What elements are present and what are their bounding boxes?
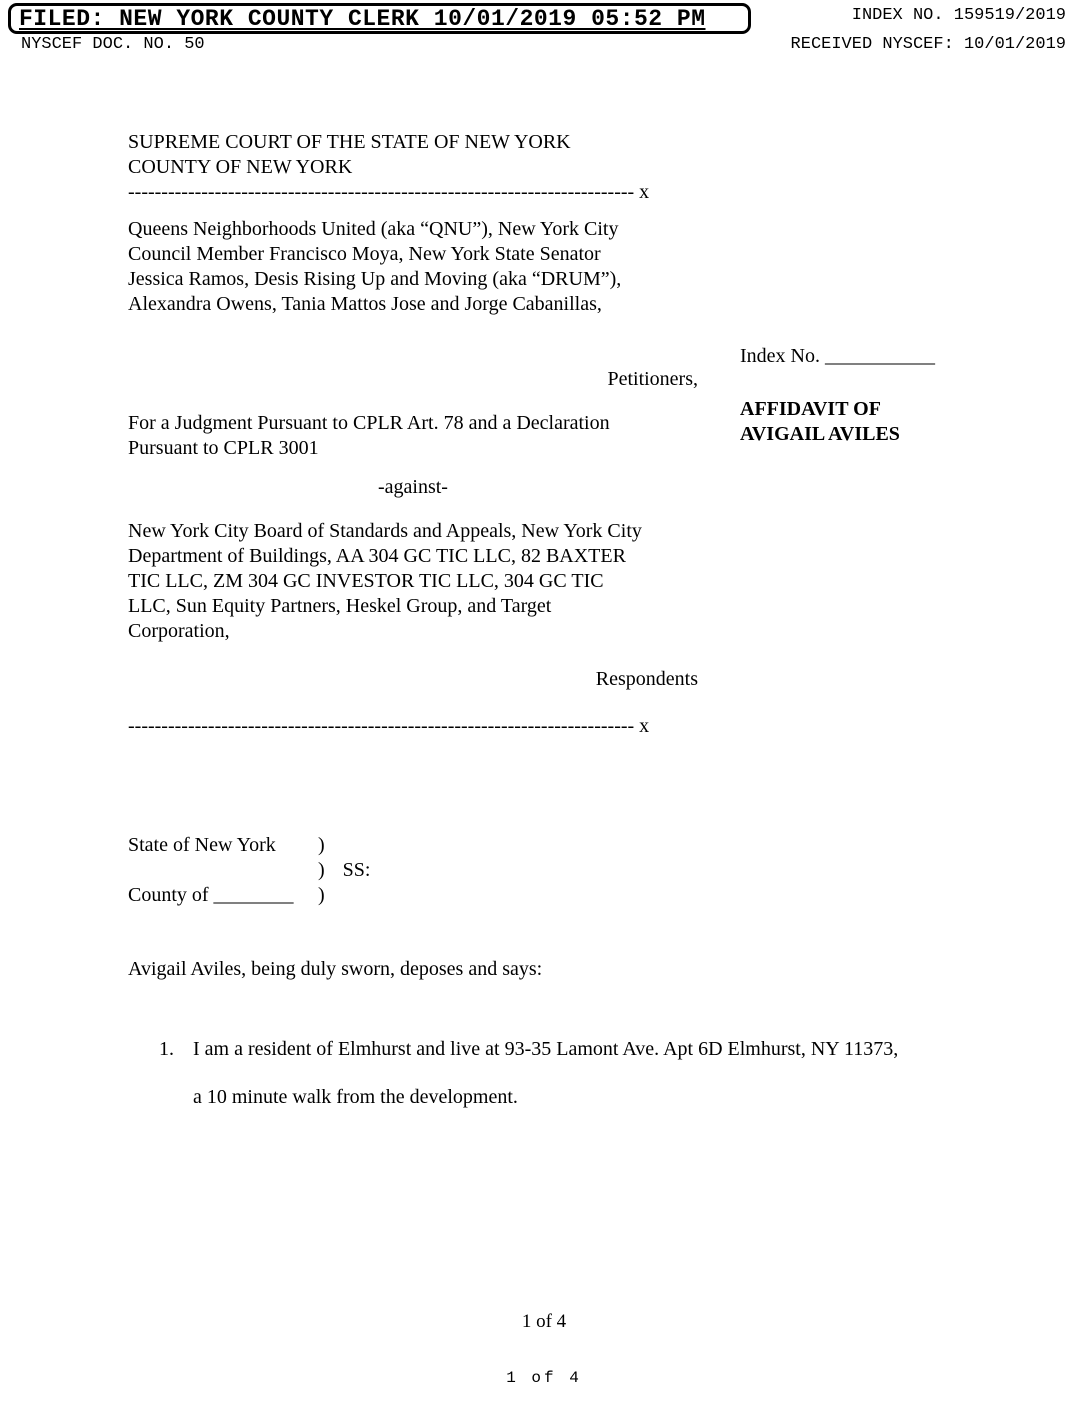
affidavit-document-page: FILED: NEW YORK COUNTY CLERK 10/01/2019 … <box>0 0 1088 1408</box>
index-no-blank-field: Index No. ___________ <box>740 344 1070 369</box>
nyscef-page-number: 1 of 4 <box>0 1369 1088 1387</box>
filed-banner-box: FILED: NEW YORK COUNTY CLERK 10/01/2019 … <box>8 3 751 34</box>
caption-divider-top: ----------------------------------------… <box>128 180 698 205</box>
sworn-statement: Avigail Aviles, being duly sworn, depose… <box>128 957 928 982</box>
court-name: SUPREME COURT OF THE STATE OF NEW YORK C… <box>128 130 698 180</box>
venue-paren-1: ) <box>318 834 325 856</box>
venue-paren-3: ) <box>318 884 325 906</box>
nyscef-doc-number: NYSCEF DOC. NO. 50 <box>21 35 205 54</box>
filed-banner-text: FILED: NEW YORK COUNTY CLERK 10/01/2019 … <box>19 6 706 32</box>
received-nyscef-date: RECEIVED NYSCEF: 10/01/2019 <box>791 35 1066 54</box>
respondents-paragraph: New York City Board of Standards and App… <box>128 519 698 644</box>
venue-ss-label: SS: <box>343 859 371 881</box>
venue-county-line: County of ________) <box>128 883 698 908</box>
petitioners-label: Petitioners, <box>128 367 698 392</box>
page-number: 1 of 4 <box>0 1311 1088 1333</box>
caption-divider-bottom: ----------------------------------------… <box>128 714 698 739</box>
venue-county-text: County of ________ <box>128 883 318 908</box>
paragraph-1-line-1: I am a resident of Elmhurst and live at … <box>193 1037 1053 1062</box>
against-label: -against- <box>128 475 698 500</box>
affidavit-title: AFFIDAVIT OF AVIGAIL AVILES <box>740 397 1070 447</box>
respondents-label: Respondents <box>128 667 698 692</box>
petitioners-paragraph: Queens Neighborhoods United (aka “QNU”),… <box>128 217 698 317</box>
venue-paren-2: ) <box>318 859 325 881</box>
judgment-clause: For a Judgment Pursuant to CPLR Art. 78 … <box>128 411 698 461</box>
index-number: INDEX NO. 159519/2019 <box>852 6 1066 25</box>
venue-state-line: State of New York) <box>128 833 698 858</box>
venue-state-text: State of New York <box>128 833 318 858</box>
paragraph-1-line-2: a 10 minute walk from the development. <box>193 1085 1053 1110</box>
paragraph-1-number: 1. <box>159 1037 174 1062</box>
venue-ss-line: )SS: <box>128 858 698 883</box>
